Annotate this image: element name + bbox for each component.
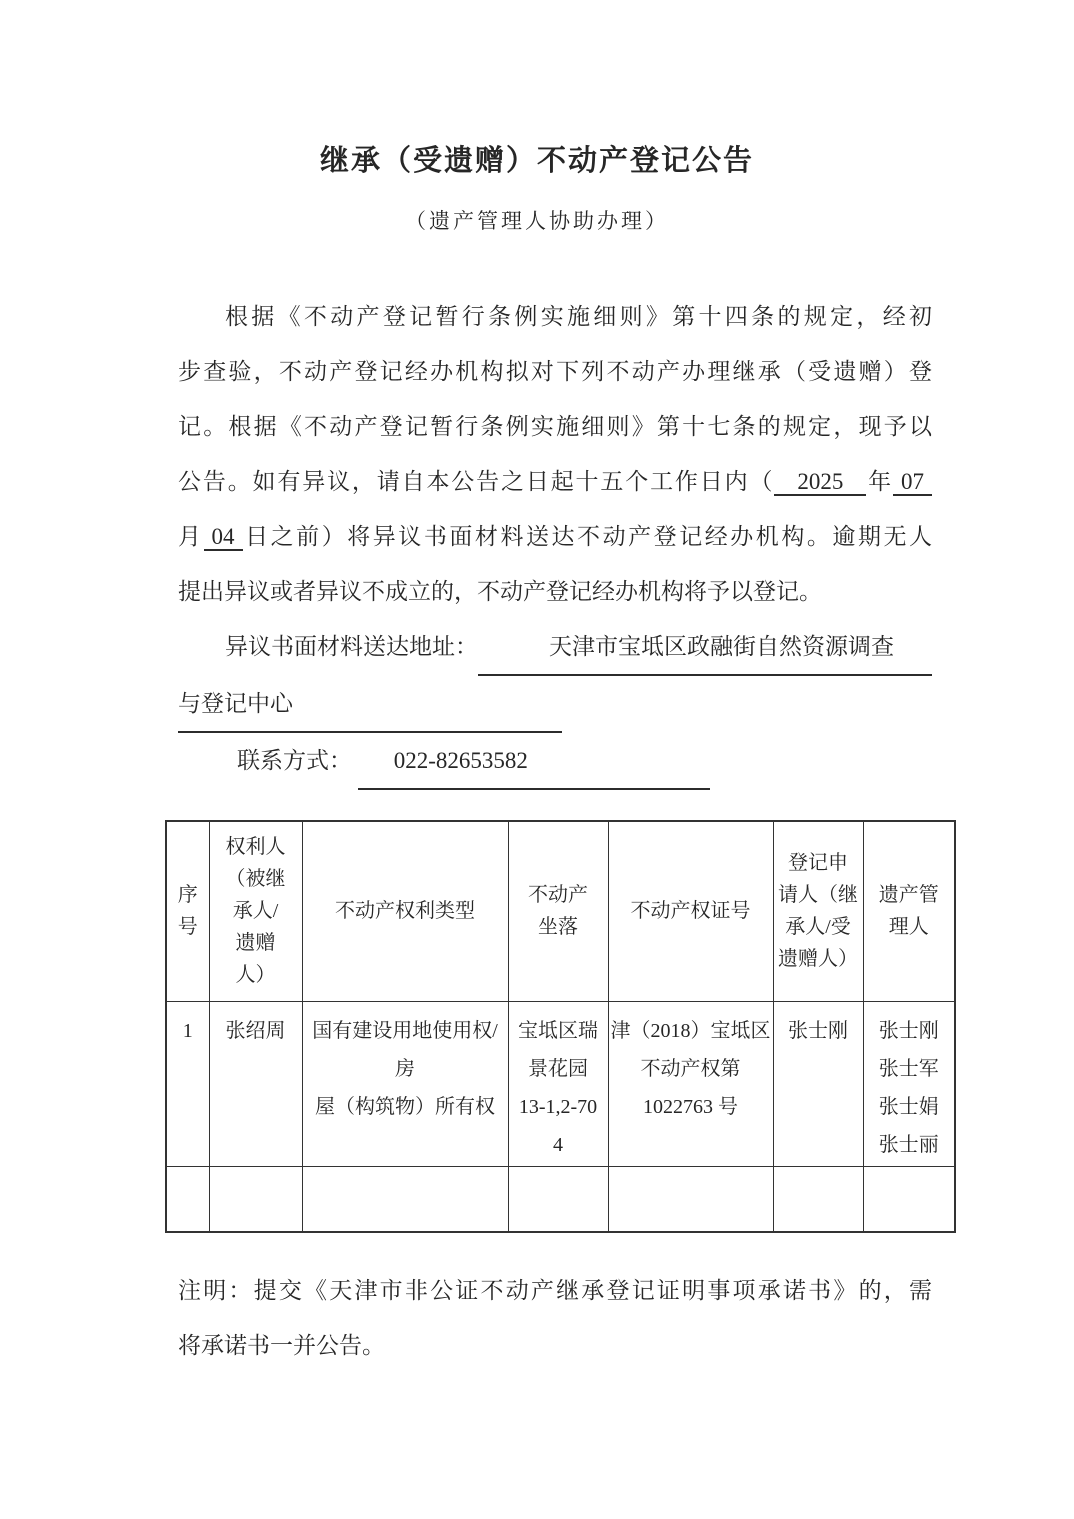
cell-empty bbox=[302, 1166, 508, 1232]
para1-line2: 步查验，不动产登记经办机构拟对下列不动产办理继承（受遗赠）登 bbox=[178, 344, 932, 399]
para1-line4-text: 公告。如有异议，请自本公告之日起十五个工作日内（ bbox=[178, 469, 774, 494]
address-value-line2: 与登记中心 bbox=[178, 676, 562, 733]
year-label: 年 bbox=[866, 469, 893, 494]
note-line2: 将承诺书一并公告。 bbox=[178, 1318, 932, 1373]
header-rights-holder: 权利人 （被继 承人/ 遗赠 人） bbox=[209, 821, 302, 1001]
table-row-empty bbox=[166, 1166, 955, 1232]
cell-estate-manager: 张士刚 张士军 张士娟 张士丽 bbox=[863, 1001, 955, 1166]
address-value-line1: 天津市宝坻区政融街自然资源调查 bbox=[478, 619, 932, 676]
header-cert-no: 不动产权证号 bbox=[608, 821, 773, 1001]
contact-line: 联系方式： 022-82653582 bbox=[178, 733, 932, 790]
para1-line4: 公告。如有异议，请自本公告之日起十五个工作日内（2025年07 bbox=[178, 454, 932, 509]
cell-right-type: 国有建设用地使用权/房 屋（构筑物）所有权 bbox=[302, 1001, 508, 1166]
para1-line3: 记。根据《不动产登记暂行条例实施细则》第十七条的规定，现予以 bbox=[178, 399, 932, 454]
address-label: 异议书面材料送达地址： bbox=[178, 619, 478, 676]
cell-location: 宝坻区瑞 景花园 13-1,2-70 4 bbox=[508, 1001, 608, 1166]
deadline-month-fill: 07 bbox=[893, 469, 932, 496]
contact-label: 联系方式： bbox=[237, 748, 352, 773]
document-page: 继承（受遗赠）不动产登记公告 （遗产管理人协助办理） 根据《不动产登记暂行条例实… bbox=[0, 0, 1074, 1519]
month-label: 月 bbox=[178, 524, 204, 549]
document-title: 继承（受遗赠）不动产登记公告 bbox=[0, 0, 1074, 179]
para1-line6: 提出异议或者异议不成立的，不动产登记经办机构将予以登记。 bbox=[178, 564, 932, 619]
document-subtitle: （遗产管理人协助办理） bbox=[0, 205, 1074, 235]
header-location: 不动产 坐落 bbox=[508, 821, 608, 1001]
cell-applicant: 张士刚 bbox=[773, 1001, 863, 1166]
para1-line5: 月04日之前）将异议书面材料送达不动产登记经办机构。逾期无人 bbox=[178, 509, 932, 564]
cell-seq: 1 bbox=[166, 1001, 209, 1166]
header-estate-manager: 遗产管 理人 bbox=[863, 821, 955, 1001]
cell-cert-no: 津（2018）宝坻区 不动产权第 1022763 号 bbox=[608, 1001, 773, 1166]
document-body: 根据《不动产登记暂行条例实施细则》第十四条的规定，经初 步查验，不动产登记经办机… bbox=[178, 289, 932, 1373]
cell-empty bbox=[863, 1166, 955, 1232]
note-line1: 注明：提交《天津市非公证不动产继承登记证明事项承诺书》的，需 bbox=[178, 1263, 932, 1318]
cell-empty bbox=[166, 1166, 209, 1232]
deadline-day-fill: 04 bbox=[204, 524, 243, 551]
cell-empty bbox=[508, 1166, 608, 1232]
table-header-row: 序 号 权利人 （被继 承人/ 遗赠 人） 不动产权利类型 不动产 坐落 不动产… bbox=[166, 821, 955, 1001]
announcement-table: 序 号 权利人 （被继 承人/ 遗赠 人） 不动产权利类型 不动产 坐落 不动产… bbox=[165, 820, 956, 1233]
header-right-type: 不动产权利类型 bbox=[302, 821, 508, 1001]
cell-rights-holder: 张绍周 bbox=[209, 1001, 302, 1166]
cell-empty bbox=[608, 1166, 773, 1232]
para1-line5-text: 日之前）将异议书面材料送达不动产登记经办机构。逾期无人 bbox=[243, 524, 932, 549]
contact-phone: 022-82653582 bbox=[358, 733, 710, 790]
address-line1: 异议书面材料送达地址： 天津市宝坻区政融街自然资源调查 bbox=[178, 619, 932, 676]
header-seq: 序 号 bbox=[166, 821, 209, 1001]
deadline-year-fill: 2025 bbox=[774, 469, 866, 496]
cell-empty bbox=[209, 1166, 302, 1232]
table-row: 1 张绍周 国有建设用地使用权/房 屋（构筑物）所有权 宝坻区瑞 景花园 13-… bbox=[166, 1001, 955, 1166]
header-applicant: 登记申 请人（继 承人/受 遗赠人） bbox=[773, 821, 863, 1001]
cell-empty bbox=[773, 1166, 863, 1232]
para1-line1: 根据《不动产登记暂行条例实施细则》第十四条的规定，经初 bbox=[178, 289, 932, 344]
address-line2: 与登记中心 bbox=[178, 676, 932, 733]
